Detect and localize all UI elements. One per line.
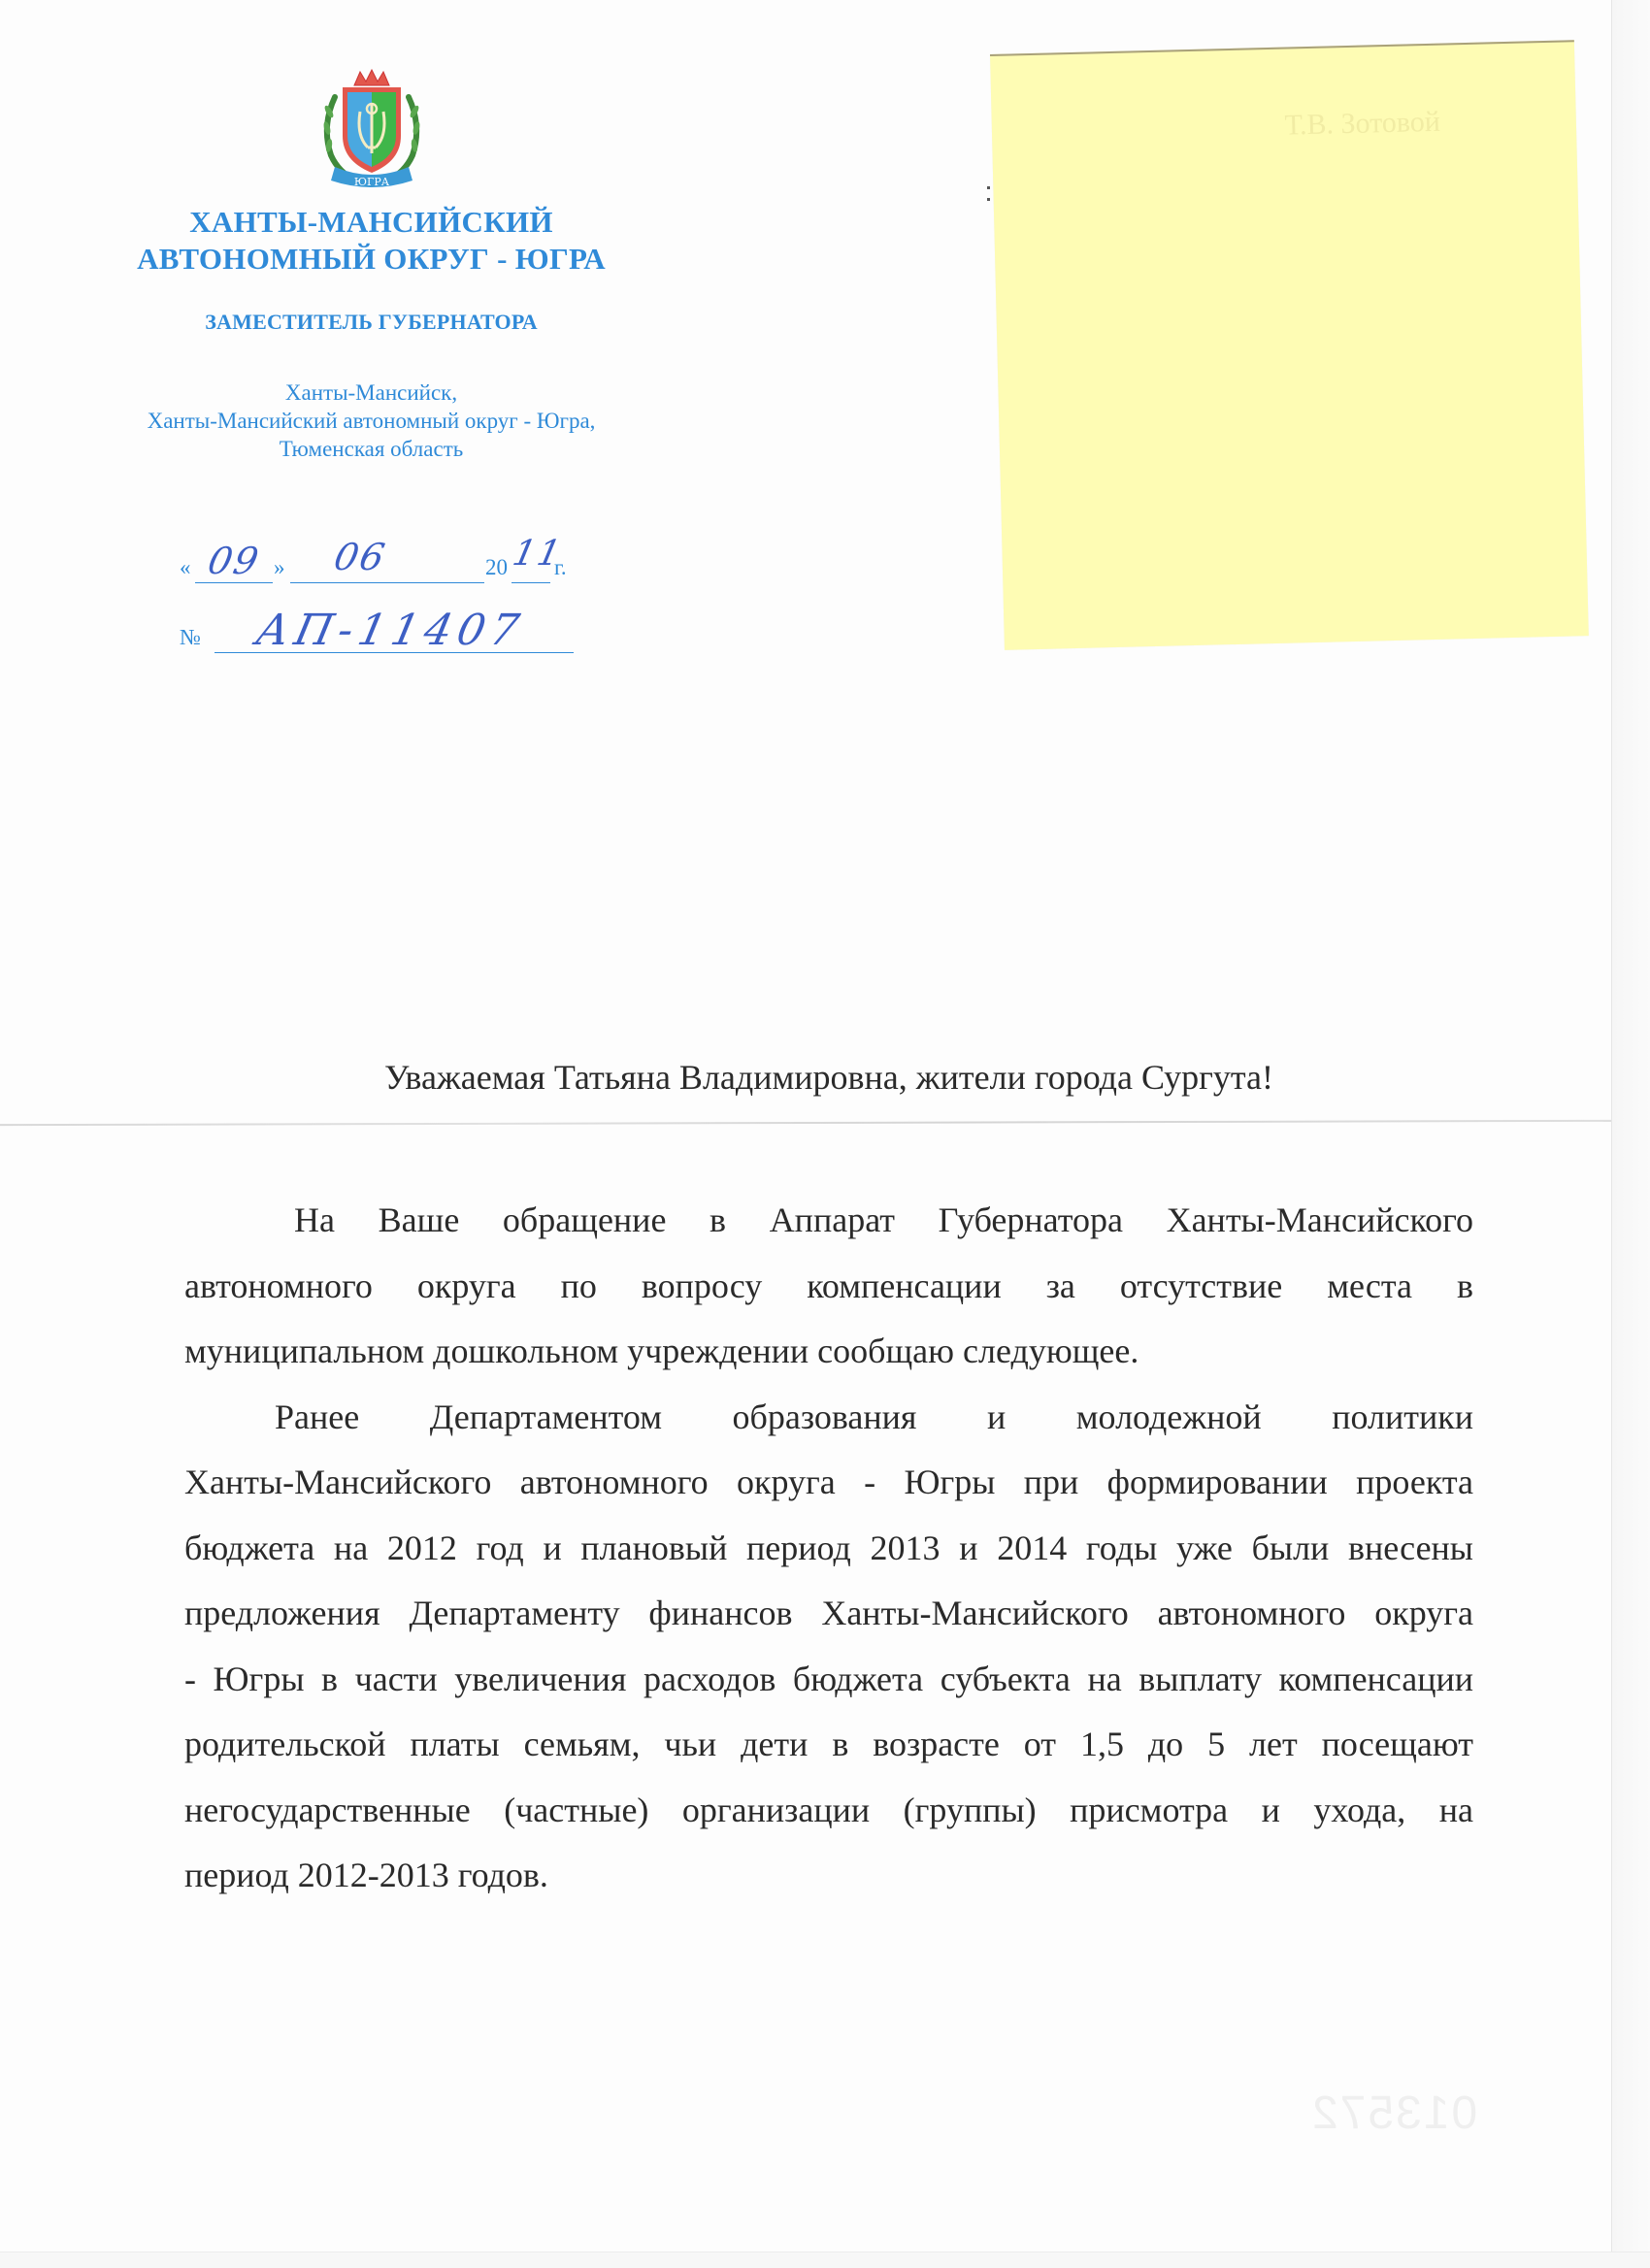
svg-text:ЮГРА: ЮГРА — [353, 176, 389, 188]
handwritten-month: 06 — [330, 536, 390, 578]
handwritten-day: 09 — [204, 540, 264, 582]
official-position: ЗАМЕСТИТЕЛЬ ГУБЕРНАТОРА — [87, 309, 655, 336]
date-year-prefix: 20 — [485, 555, 508, 580]
sticky-note: Т.В. Зотовой — [990, 40, 1589, 650]
coat-of-arms-icon: ЮГРА — [317, 58, 426, 194]
body-line: негосударственные (частные) организации … — [184, 1778, 1473, 1844]
day-blank-line — [195, 582, 273, 583]
body-paragraph-2: Ранее Департаментом образования и молоде… — [184, 1385, 1473, 1909]
letter-date: « 09 » 06 20 11 г. — [180, 553, 587, 592]
scan-page-edge-bottom — [0, 2252, 1650, 2268]
sticky-note-showthrough-recipient: Т.В. Зотовой — [1284, 106, 1440, 143]
body-line: бюджета на 2012 год и плановый период 20… — [184, 1516, 1473, 1582]
address-city: Ханты-Мансийск, — [87, 378, 655, 407]
sender-address: Ханты-Мансийск, Ханты-Мансийский автоном… — [87, 378, 655, 463]
letter-number: № АП-11407 — [180, 609, 577, 653]
month-blank-line — [290, 582, 484, 583]
organization-name: ХАНТЫ-МАНСИЙСКИЙ АВТОНОМНЫЙ ОКРУГ - ЮГРА — [87, 204, 655, 278]
number-label: № — [180, 625, 201, 650]
letter-body: На Ваше обращение в Аппарат Губернатора … — [184, 1188, 1473, 1909]
body-line: Ранее Департаментом образования и молоде… — [184, 1385, 1473, 1451]
body-line: - Югры в части увеличения расходов бюдже… — [184, 1647, 1473, 1713]
address-region: Ханты-Мансийский автономный округ - Югра… — [87, 407, 655, 435]
margin-tick-marks — [987, 186, 991, 215]
body-line: Ханты-Мансийского автономного округа - Ю… — [184, 1450, 1473, 1516]
handwritten-registration-number: АП-11407 — [252, 606, 529, 655]
reverse-side-showthrough-number: 013572 — [1310, 2087, 1477, 2140]
address-oblast: Тюменская область — [87, 435, 655, 463]
body-line: родительской платы семьям, чьи дети в во… — [184, 1712, 1473, 1778]
body-line: период 2012-2013 годов. — [184, 1843, 1473, 1909]
organization-name-line2: АВТОНОМНЫЙ ОКРУГ - ЮГРА — [87, 241, 655, 278]
date-close-quote: » — [274, 555, 285, 580]
body-line: муниципальном дошкольном учреждении сооб… — [184, 1319, 1473, 1385]
greeting: Уважаемая Татьяна Владимировна, жители г… — [184, 1057, 1473, 1098]
body-line: На Ваше обращение в Аппарат Губернатора … — [184, 1188, 1473, 1254]
organization-name-line1: ХАНТЫ-МАНСИЙСКИЙ — [87, 204, 655, 241]
body-line: предложения Департаменту финансов Ханты-… — [184, 1581, 1473, 1647]
scan-page-edge-right — [1611, 0, 1650, 2268]
year-blank-line — [511, 582, 550, 583]
letterhead: ЮГРА ХАНТЫ-МАНСИЙСКИЙ АВТОНОМНЫЙ ОКРУГ -… — [87, 58, 655, 463]
body-line: автономного округа по вопросу компенсаци… — [184, 1254, 1473, 1320]
date-year-unit: г. — [554, 555, 567, 580]
date-open-quote: « — [180, 555, 191, 580]
body-paragraph-1: На Ваше обращение в Аппарат Губернатора … — [184, 1188, 1473, 1385]
